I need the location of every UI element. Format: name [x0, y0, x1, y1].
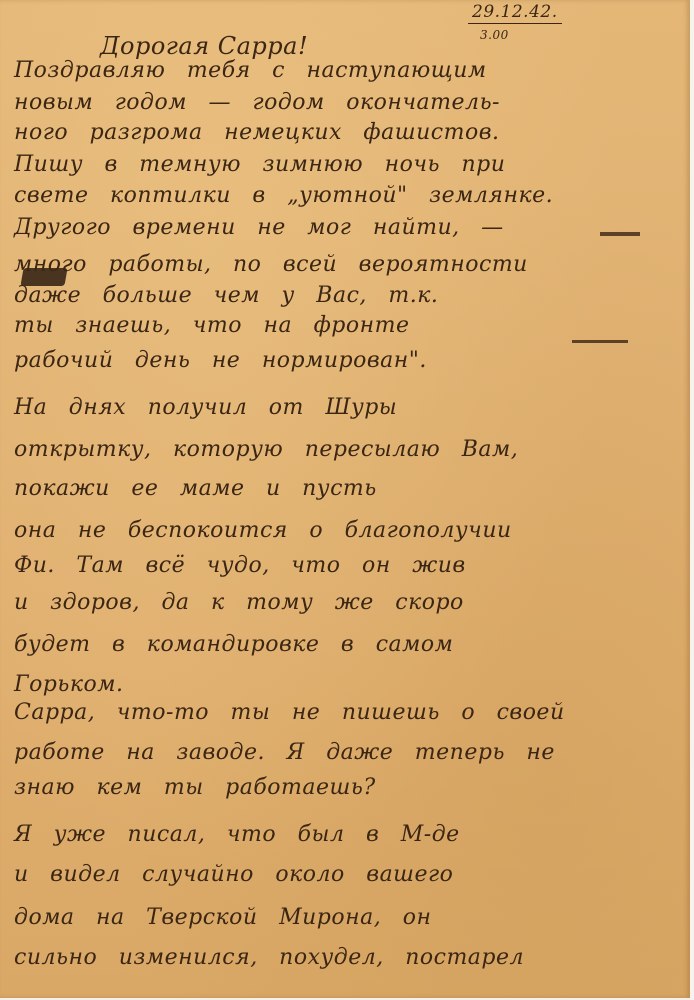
letter-line: и видел случайно около вашего — [14, 862, 453, 887]
letter-line: рабочий день не нормирован". — [14, 348, 427, 373]
letter-line: много работы, по всей вероятности — [14, 252, 528, 277]
letter-line: Сарра, что-то ты не пишешь о своей — [14, 700, 565, 725]
letter-line: На днях получил от Шуры — [14, 395, 397, 420]
letter-line: Я уже писал, что был в М-де — [14, 822, 460, 847]
letter-line: открытку, которую пересылаю Вам, — [14, 437, 518, 462]
letter-line: дома на Тверской Мирона, он — [14, 905, 431, 930]
letter-line: и здоров, да к тому же скоро — [14, 590, 464, 615]
letter-line: Горьком. — [14, 672, 124, 697]
letter-greeting: Дорогая Сарра! — [100, 32, 308, 60]
letter-line: новым годом — годом окончатель- — [14, 90, 500, 115]
letter-paper: 29.12.42. 3.00 Дорогая Сарра! Поздравляю… — [0, 0, 690, 998]
letter-line: Фи. Там всё чудо, что он жив — [14, 553, 466, 578]
letter-line: сильно изменился, похудел, постарел — [14, 945, 524, 970]
letter-line: будет в командировке в самом — [14, 632, 453, 657]
letter-line: ного разгрома немецких фашистов. — [14, 120, 500, 145]
letter-line: даже больше чем у Вас, т.к. — [14, 283, 438, 308]
strikethrough-mark — [600, 232, 640, 236]
letter-line: свете коптилки в „уютной" землянке. — [14, 183, 553, 208]
letter-line: ты знаешь, что на фронте — [14, 313, 410, 338]
letter-line: работе на заводе. Я даже теперь не — [14, 740, 555, 765]
letter-line: Поздравляю тебя с наступающим — [14, 58, 487, 83]
letter-time: 3.00 — [480, 28, 509, 42]
letter-line: Другого времени не мог найти, — — [14, 215, 504, 240]
letter-line: Пишу в темную зимнюю ночь при — [14, 152, 505, 177]
letter-date: 29.12.42. — [468, 2, 562, 24]
letter-line: покажи ее маме и пусть — [14, 476, 377, 501]
page-edge — [690, 0, 694, 1000]
letter-line: знаю кем ты работаешь? — [14, 775, 376, 800]
letter-line: она не беспокоится о благополучии — [14, 518, 512, 543]
strikethrough-mark — [572, 340, 628, 343]
